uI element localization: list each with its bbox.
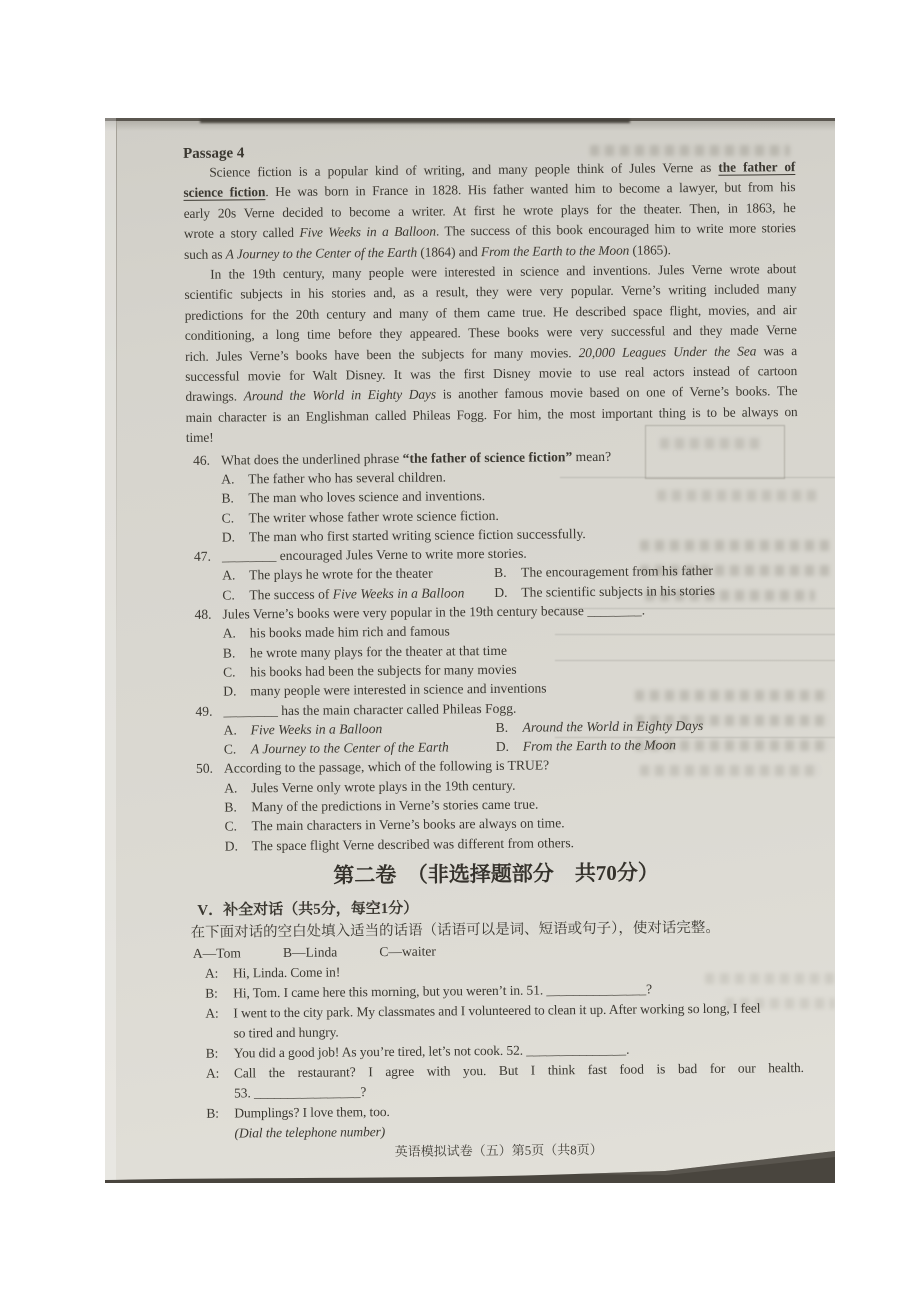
paper-top-shade — [105, 121, 835, 131]
option-row: C.A Journey to the Center of the Earth — [224, 737, 496, 759]
role-c: C—waiter — [379, 941, 436, 962]
option-row: D.The scientific subjects in his stories — [494, 580, 799, 602]
page-content: Passage 4 Science fiction is a popular k… — [183, 139, 805, 1163]
question-47: 47. ________ encouraged Jules Verne to w… — [187, 541, 800, 605]
dialogue-block: A:Hi, Linda. Come in! B:Hi, Tom. I came … — [191, 958, 805, 1144]
question-49: 49. ________ has the main character call… — [188, 696, 801, 760]
section-two-title: 第二卷 （非选择题部分 共70分） — [190, 858, 802, 890]
question-46: 46. What does the underlined phrase “the… — [186, 445, 799, 547]
option-row: A.Five Weeks in a Balloon — [224, 718, 496, 740]
option-row: C.The success of Five Weeks in a Balloon — [222, 583, 494, 605]
question-number: 50. — [196, 759, 224, 779]
question-number: 49. — [195, 701, 223, 721]
reading-passage: Science fiction is a popular kind of wri… — [183, 157, 798, 449]
option-grid: A.The plays he wrote for the theater B.T… — [187, 561, 799, 605]
passage-paragraph-1: Science fiction is a popular kind of wri… — [183, 157, 796, 265]
option-row: A.The plays he wrote for the theater — [222, 563, 494, 585]
question-stem: What does the underlined phrase “the fat… — [221, 447, 611, 470]
question-number: 48. — [194, 605, 222, 625]
role-a: A—Tom — [193, 943, 241, 963]
scanned-exam-page: Passage 4 Science fiction is a popular k… — [105, 118, 835, 1183]
question-block: 46. What does the underlined phrase “the… — [186, 445, 802, 856]
paper-left-edge — [105, 118, 116, 1183]
question-48: 48. Jules Verne’s books were very popula… — [187, 599, 800, 701]
paper-left-edge-line — [116, 121, 117, 661]
question-50: 50. According to the passage, which of t… — [189, 753, 802, 855]
option-grid: A.Five Weeks in a Balloon B.Around the W… — [189, 715, 801, 759]
question-stem: Jules Verne’s books were very popular in… — [222, 601, 645, 624]
role-b: B—Linda — [283, 942, 338, 963]
page-bottom-shadow — [105, 1143, 835, 1183]
passage-paragraph-2: In the 19th century, many people were in… — [184, 259, 798, 449]
question-number: 47. — [194, 547, 222, 567]
option-row: D.From the Earth to the Moon — [496, 734, 801, 756]
question-number: 46. — [193, 450, 221, 470]
